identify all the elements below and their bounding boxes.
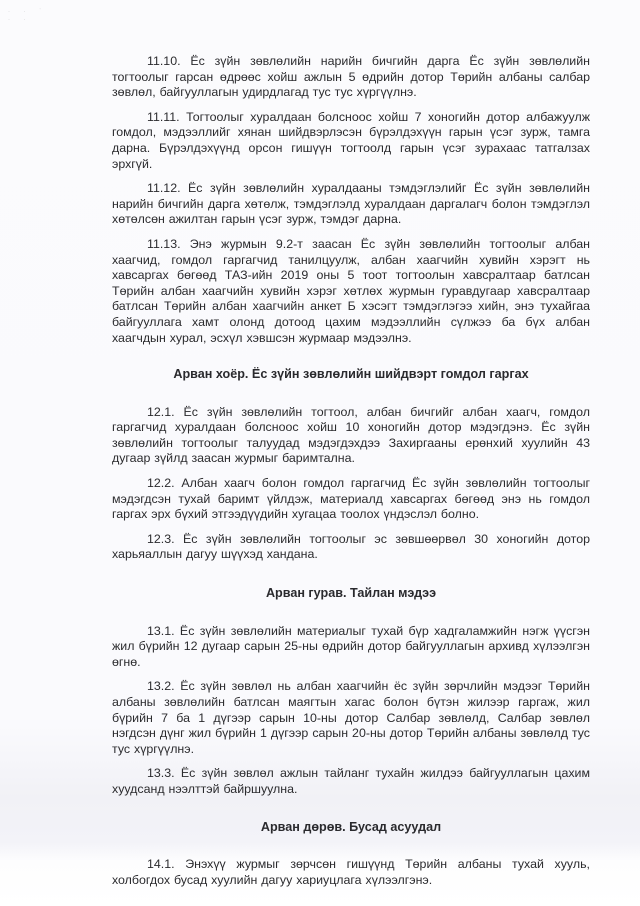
paragraph-13-3: 13.3. Ёс зүйн зөвлөл ажлын тайланг тухай… xyxy=(112,766,590,797)
section-heading-14: Арван дөрөв. Бусад асуудал xyxy=(112,820,590,836)
paragraph-11-13: 11.13. Энэ журмын 9.2-т заасан Ёс зүйн з… xyxy=(112,237,590,346)
paragraph-12-2: 12.2. Албан хаагч болон гомдол гаргагчид… xyxy=(112,476,590,523)
paragraph-12-3: 12.3. Ёс зүйн зөвлөлийн тогтоолыг эс зөв… xyxy=(112,532,590,563)
scanned-page: · · ˙ · · 11.10. Ёс зүйн зөвлөлийн нарий… xyxy=(0,0,640,906)
paragraph-13-2: 13.2. Ёс зүйн зөвлөл нь албан хаагчийн ё… xyxy=(112,679,590,757)
document-body: 11.10. Ёс зүйн зөвлөлийн нарийн бичгийн … xyxy=(112,54,590,896)
paragraph-13-1: 13.1. Ёс зүйн зөвлөлийн материалыг тухай… xyxy=(112,624,590,671)
paragraph-11-11: 11.11. Тогтоолыг хуралдаан болсноос хойш… xyxy=(112,110,590,172)
paragraph-11-12: 11.12. Ёс зүйн зөвлөлийн хуралдааны тэмд… xyxy=(112,181,590,228)
section-heading-12: Арван хоёр. Ёс зүйн зөвлөлийн шийдвэрт г… xyxy=(112,367,590,383)
scan-artifact-mark: · · ˙ · · xyxy=(8,8,48,28)
paragraph-12-1: 12.1. Ёс зүйн зөвлөлийн тогтоол, албан б… xyxy=(112,405,590,467)
paragraph-11-10: 11.10. Ёс зүйн зөвлөлийн нарийн бичгийн … xyxy=(112,54,590,101)
section-heading-13: Арван гурав. Тайлан мэдээ xyxy=(112,586,590,602)
paragraph-14-1: 14.1. Энэхүү журмыг зөрчсөн гишүүнд Төри… xyxy=(112,857,590,888)
